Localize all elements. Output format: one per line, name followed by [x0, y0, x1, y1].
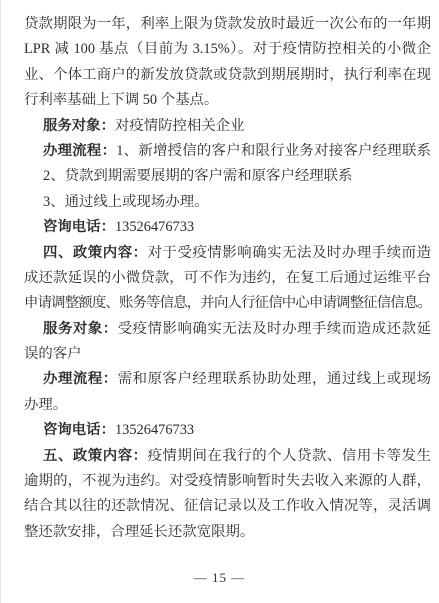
section4-service-target-cont: 误的客户 [24, 342, 431, 367]
line-text: LPR 减 100 基点（目前为 3.15%）。对于疫情防控相关的小微企 [24, 41, 431, 57]
paragraph-line: 行利率基础上下调 50 个基点。 [24, 88, 431, 113]
process-line-2: 2、贷款到期需要展期的客户需和原客户经理联系 [24, 164, 431, 189]
page-left-edge [0, 0, 1, 603]
phone-label: 咨询电话： [43, 219, 115, 235]
page-number: — 15 — [0, 570, 439, 586]
process-line-1: 办理流程：1、新增授信的客户和限行业务对接客户经理联系 [24, 139, 431, 164]
section5-content-line-1: 五、政策内容：疫情期间在我行的个人贷款、信用卡等发生 [24, 444, 431, 469]
section4-process-line: 办理流程：需和原客户经理联系协助处理，通过线上或现场 [24, 367, 431, 392]
line-text: 申请调整额度、账务等信息，并向人行征信中心申请调整征信信息。 [24, 295, 431, 311]
service-target-line: 服务对象：对疫情防控相关企业 [24, 114, 431, 139]
process-line-3: 3、通过线上或现场办理。 [24, 190, 431, 215]
process-step-2: 2、贷款到期需要展期的客户需和原客户经理联系 [43, 168, 352, 184]
section4-content-line-2: 成还款延误的小微贷款，可不作为违约，在复工后通过运维平台 [24, 266, 431, 291]
section4-service-target-line: 服务对象：受疫情影响确实无法及时办理手续而造成还款延 [24, 317, 431, 342]
service-target-value: 对疫情防控相关企业 [115, 118, 245, 134]
section4-phone-line: 咨询电话：13526476733 [24, 418, 431, 443]
line-text: 误的客户 [24, 346, 82, 362]
section5-content-line-4: 整还款安排，合理延长还款宽限期。 [24, 520, 431, 545]
line-text: 贷款期限为一年，利率上限为贷款发放时最近一次公布的一年期 [24, 16, 431, 32]
phone-line: 咨询电话：13526476733 [24, 215, 431, 240]
section5-content-line-2: 逾期的，不视为违约。对受疫情影响暂时失去收入来源的人群， [24, 469, 431, 494]
process-step-1: 1、新增授信的客户和限行业务对接客户经理联系 [116, 143, 431, 159]
line-text: 行利率基础上下调 50 个基点。 [24, 92, 218, 108]
line-text: 结合其以往的还款情况、征信记录以及工作收入情况等，灵活调 [24, 498, 431, 514]
service-target-label: 服务对象： [43, 321, 118, 337]
service-target-value: 受疫情影响确实无法及时办理手续而造成还款延 [118, 321, 431, 337]
paragraph-line: 贷款期限为一年，利率上限为贷款发放时最近一次公布的一年期 [24, 12, 431, 37]
section4-content-line-1: 四、政策内容：对于受疫情影响确实无法及时办理手续而造 [24, 241, 431, 266]
paragraph-line: LPR 减 100 基点（目前为 3.15%）。对于疫情防控相关的小微企 [24, 37, 431, 62]
section4-content-line-3: 申请调整额度、账务等信息，并向人行征信中心申请调整征信信息。 [24, 291, 431, 316]
process-value: 需和原客户经理联系协助处理，通过线上或现场 [118, 371, 431, 387]
line-text: 成还款延误的小微贷款，可不作为违约，在复工后通过运维平台 [24, 270, 431, 286]
line-text: 整还款安排，合理延长还款宽限期。 [24, 524, 254, 540]
section4-process-cont: 办理。 [24, 393, 431, 418]
phone-number: 13526476733 [115, 422, 194, 438]
line-text: 疫情期间在我行的个人贷款、信用卡等发生 [148, 448, 431, 464]
section5-content-line-3: 结合其以往的还款情况、征信记录以及工作收入情况等，灵活调 [24, 494, 431, 519]
process-label: 办理流程： [43, 143, 116, 159]
process-label: 办理流程： [43, 371, 118, 387]
process-step-3: 3、通过线上或现场办理。 [43, 194, 209, 210]
paragraph-line: 业、个体工商户的新发放贷款或贷款到期展期时，执行利率在现 [24, 63, 431, 88]
phone-label: 咨询电话： [43, 422, 115, 438]
section4-heading: 四、政策内容： [43, 245, 148, 261]
line-text: 业、个体工商户的新发放贷款或贷款到期展期时，执行利率在现 [24, 67, 431, 83]
section5-heading: 五、政策内容： [43, 448, 148, 464]
line-text: 办理。 [24, 397, 67, 413]
phone-number: 13526476733 [115, 219, 194, 235]
document-body: 贷款期限为一年，利率上限为贷款发放时最近一次公布的一年期 LPR 减 100 基… [24, 12, 431, 545]
line-text: 逾期的，不视为违约。对受疫情影响暂时失去收入来源的人群， [24, 473, 431, 489]
line-text: 对于受疫情影响确实无法及时办理手续而造 [148, 245, 431, 261]
service-target-label: 服务对象： [43, 118, 115, 134]
